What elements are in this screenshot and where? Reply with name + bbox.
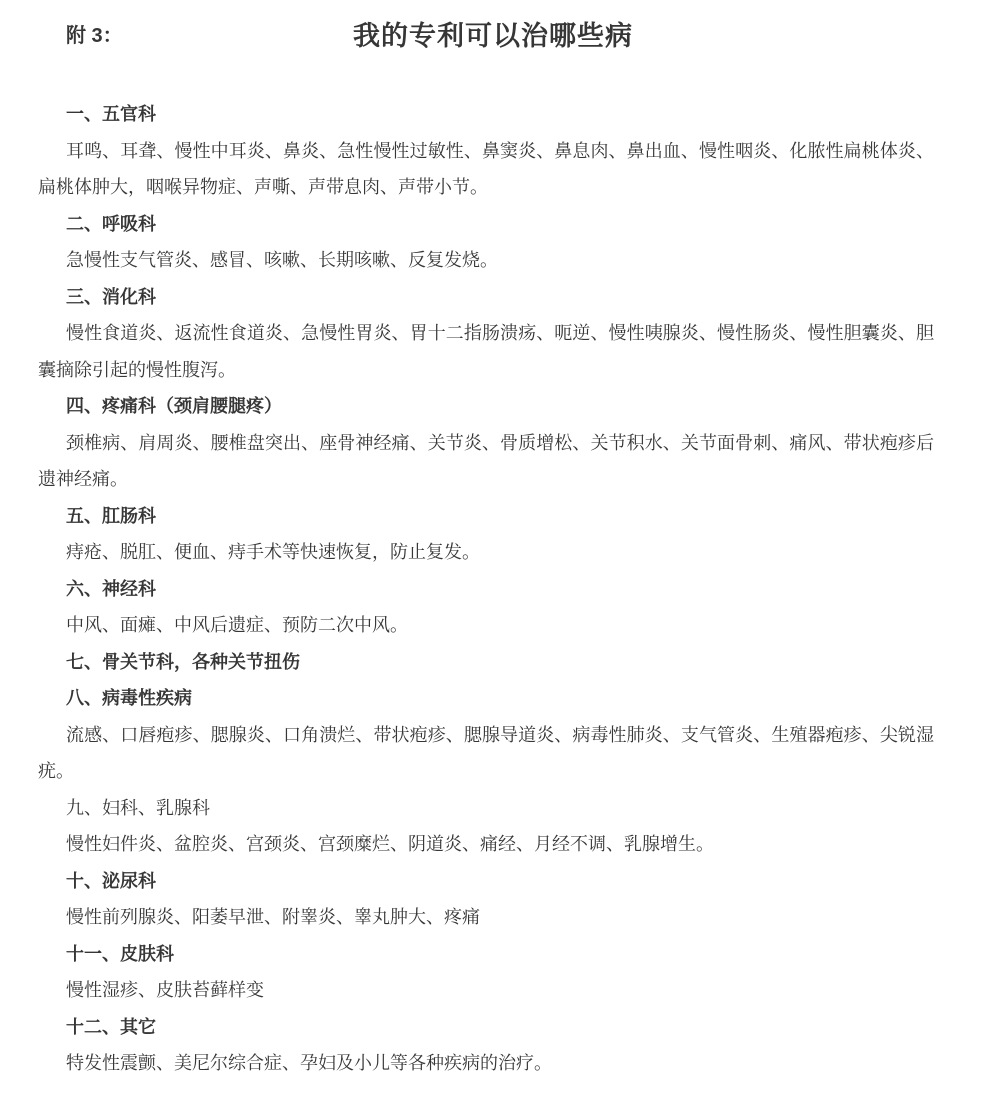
- section-dermatology: 十一、皮肤科 慢性湿疹、皮肤苔藓样变: [38, 936, 934, 1009]
- section-pain: 四、疼痛科（颈肩腰腿疼） 颈椎病、肩周炎、腰椎盘突出、座骨神经痛、关节炎、骨质增…: [38, 388, 934, 498]
- section-heading: 五、肛肠科: [66, 498, 934, 535]
- section-body: 中风、面瘫、中风后遗症、预防二次中风。: [38, 607, 934, 644]
- section-body: 颈椎病、肩周炎、腰椎盘突出、座骨神经痛、关节炎、骨质增松、关节积水、关节面骨刺、…: [38, 425, 934, 498]
- section-heading: 十、泌尿科: [66, 863, 934, 900]
- section-heading: 二、呼吸科: [66, 206, 934, 243]
- section-neurology: 六、神经科 中风、面瘫、中风后遗症、预防二次中风。: [38, 571, 934, 644]
- document-header: 附 3： 我的专利可以治哪些病: [0, 0, 986, 56]
- section-body: 慢性前列腺炎、阳萎早泄、附睾炎、睾丸肿大、疼痛: [38, 899, 934, 936]
- section-five-sense: 一、五官科 耳鸣、耳聋、慢性中耳炎、鼻炎、急性慢性过敏性、鼻窦炎、鼻息肉、鼻出血…: [38, 96, 934, 206]
- section-urology: 十、泌尿科 慢性前列腺炎、阳萎早泄、附睾炎、睾丸肿大、疼痛: [38, 863, 934, 936]
- section-anorectal: 五、肛肠科 痔疮、脱肛、便血、痔手术等快速恢复，防止复发。: [38, 498, 934, 571]
- section-body: 痔疮、脱肛、便血、痔手术等快速恢复，防止复发。: [38, 534, 934, 571]
- page-title: 我的专利可以治哪些病: [0, 16, 986, 56]
- section-heading: 三、消化科: [66, 279, 934, 316]
- section-heading: 十二、其它: [66, 1009, 934, 1046]
- section-heading: 四、疼痛科（颈肩腰腿疼）: [66, 388, 934, 425]
- section-body: 特发性震颤、美尼尔综合症、孕妇及小儿等各种疾病的治疗。: [38, 1045, 934, 1082]
- section-heading: 一、五官科: [66, 96, 934, 133]
- section-body: 慢性湿疹、皮肤苔藓样变: [38, 972, 934, 1009]
- section-digestive: 三、消化科 慢性食道炎、返流性食道炎、急慢性胃炎、胃十二指肠溃疡、呃逆、慢性咦腺…: [38, 279, 934, 389]
- section-bone-joint: 七、骨关节科，各种关节扭伤: [38, 644, 934, 681]
- section-gynecology: 九、妇科、乳腺科 慢性妇件炎、盆腔炎、宫颈炎、宫颈糜烂、阴道炎、痛经、月经不调、…: [38, 790, 934, 863]
- section-body: 流感、口唇疱疹、腮腺炎、口角溃烂、带状疱疹、腮腺导道炎、病毒性肺炎、支气管炎、生…: [38, 717, 934, 790]
- section-heading: 九、妇科、乳腺科: [66, 790, 934, 827]
- section-viral: 八、病毒性疾病 流感、口唇疱疹、腮腺炎、口角溃烂、带状疱疹、腮腺导道炎、病毒性肺…: [38, 680, 934, 790]
- section-body: 耳鸣、耳聋、慢性中耳炎、鼻炎、急性慢性过敏性、鼻窦炎、鼻息肉、鼻出血、慢性咽炎、…: [38, 133, 934, 206]
- section-body: 慢性食道炎、返流性食道炎、急慢性胃炎、胃十二指肠溃疡、呃逆、慢性咦腺炎、慢性肠炎…: [38, 315, 934, 388]
- section-body: 慢性妇件炎、盆腔炎、宫颈炎、宫颈糜烂、阴道炎、痛经、月经不调、乳腺增生。: [38, 826, 934, 863]
- document-body: 一、五官科 耳鸣、耳聋、慢性中耳炎、鼻炎、急性慢性过敏性、鼻窦炎、鼻息肉、鼻出血…: [0, 96, 986, 1082]
- attachment-label: 附 3：: [66, 16, 123, 56]
- section-other: 十二、其它 特发性震颤、美尼尔综合症、孕妇及小儿等各种疾病的治疗。: [38, 1009, 934, 1082]
- section-heading: 七、骨关节科，各种关节扭伤: [66, 644, 934, 681]
- section-respiratory: 二、呼吸科 急慢性支气管炎、感冒、咳嗽、长期咳嗽、反复发烧。: [38, 206, 934, 279]
- section-heading: 十一、皮肤科: [66, 936, 934, 973]
- section-heading: 六、神经科: [66, 571, 934, 608]
- section-heading: 八、病毒性疾病: [66, 680, 934, 717]
- document-page: 附 3： 我的专利可以治哪些病 一、五官科 耳鸣、耳聋、慢性中耳炎、鼻炎、急性慢…: [0, 0, 986, 1104]
- section-body: 急慢性支气管炎、感冒、咳嗽、长期咳嗽、反复发烧。: [38, 242, 934, 279]
